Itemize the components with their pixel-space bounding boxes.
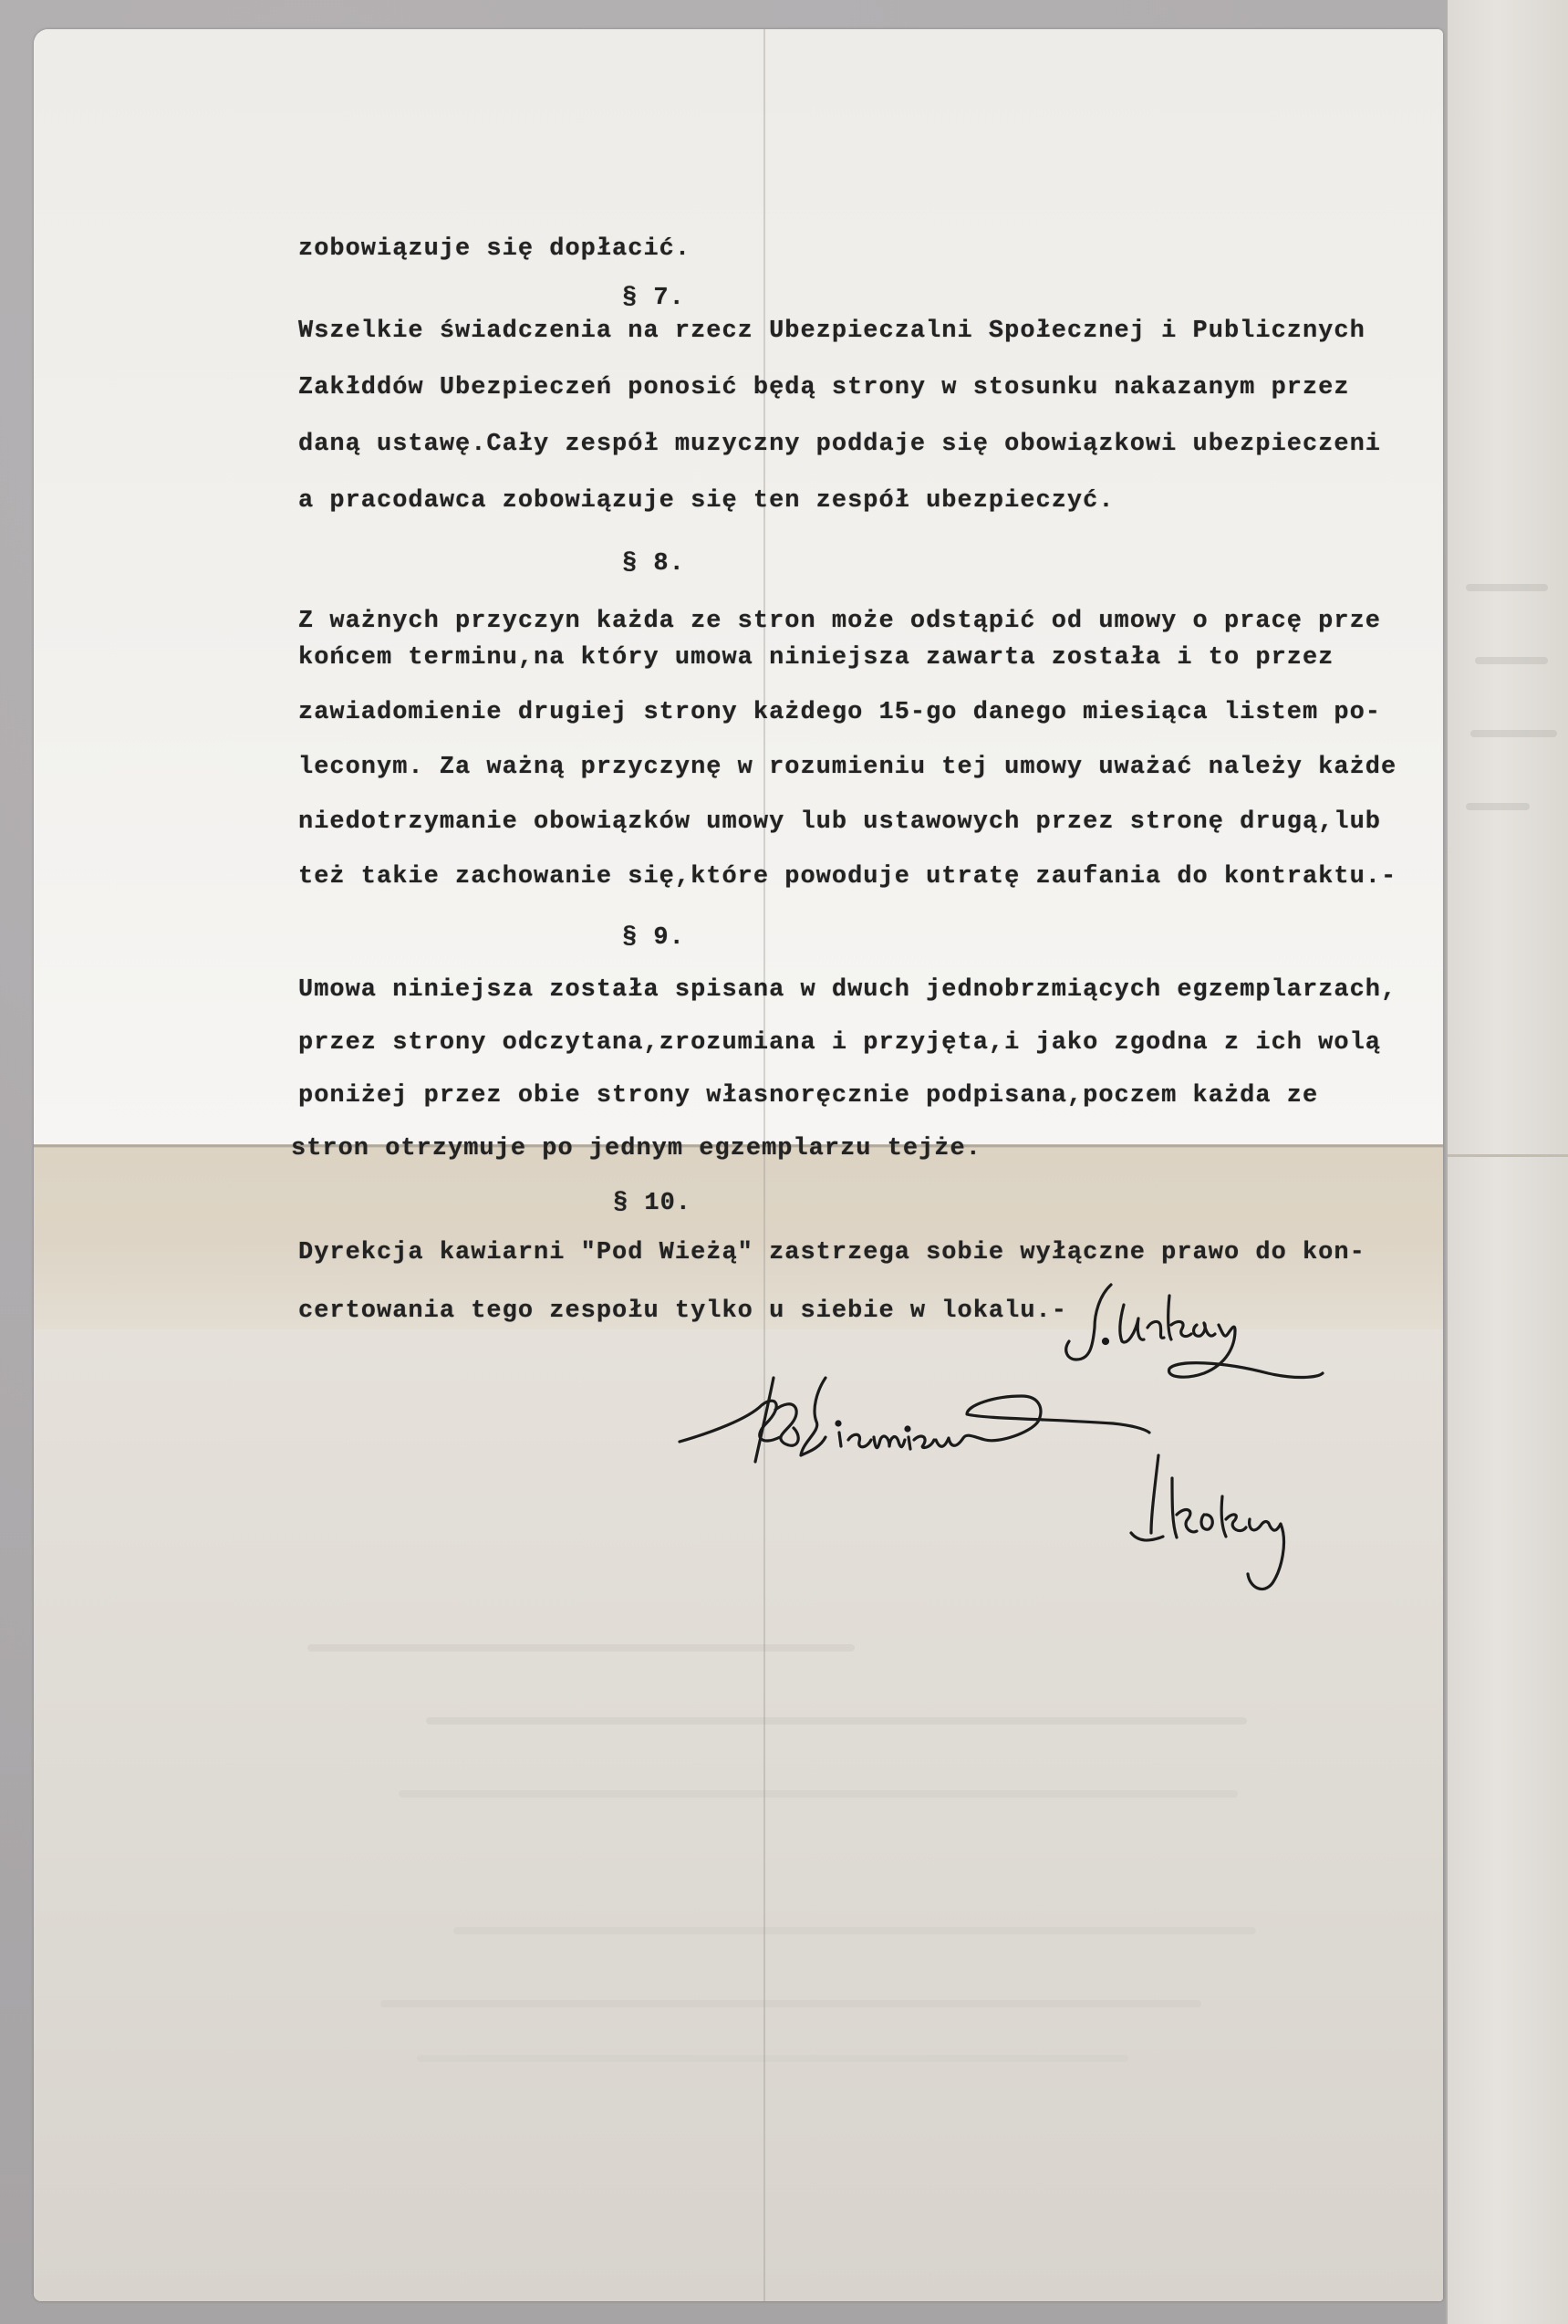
text-line: też takie zachowanie się,które powoduje … <box>298 863 1397 891</box>
bleed-through-mark <box>1470 730 1557 737</box>
page-lower-section <box>34 1329 1443 2301</box>
text-line: Dyrekcja kawiarni "Pod Wieżą" zastrzega … <box>298 1239 1366 1266</box>
text-line: końcem terminu,na który umowa niniejsza … <box>298 644 1334 672</box>
bleed-through-mark <box>399 1790 1238 1798</box>
bleed-through-mark <box>307 1644 855 1652</box>
bleed-through-mark <box>1466 803 1530 810</box>
text-line: stron otrzymuje po jednym egzemplarzu te… <box>291 1135 981 1162</box>
fold-crease <box>1448 1154 1568 1157</box>
opening-line: zobowiązuje się dopłacić. <box>298 235 691 263</box>
text-line: Umowa niniejsza została spisana w dwuch … <box>298 976 1397 1004</box>
vertical-fold <box>763 29 765 2301</box>
text-line: poniżej przez obie strony własnoręcznie … <box>298 1082 1318 1110</box>
bleed-through-mark <box>426 1717 1247 1725</box>
text-line: Z ważnych przyczyn każda ze stron może o… <box>298 608 1381 635</box>
text-line: zawiadomienie drugiej strony każdego 15-… <box>298 699 1381 726</box>
text-line: niedotrzymanie obowiązków umowy lub usta… <box>298 808 1381 836</box>
section-number: § 7. <box>622 285 685 312</box>
text-line: Zakłddów Ubezpieczeń ponosić będą strony… <box>298 374 1350 401</box>
bleed-through-mark <box>1475 657 1548 664</box>
bleed-through-mark <box>417 2055 1128 2062</box>
text-line: Wszelkie świadczenia na rzecz Ubezpiecza… <box>298 318 1366 345</box>
bleed-through-mark <box>380 2000 1201 2007</box>
section-number: § 10. <box>613 1190 691 1217</box>
section-number: § 9. <box>622 924 685 952</box>
text-line: leconym. Za ważną przyczynę w rozumieniu… <box>298 754 1397 781</box>
text-line: certowania tego zespołu tylko u siebie w… <box>298 1297 1067 1325</box>
text-line: przez strony odczytana,zrozumiana i przy… <box>298 1029 1381 1057</box>
text-line: daną ustawę.Cały zespół muzyczny poddaje… <box>298 431 1381 458</box>
bleed-through-mark <box>453 1927 1256 1934</box>
document-page <box>34 29 1443 2301</box>
section-number: § 8. <box>622 550 685 578</box>
text-line: a pracodawca zobowiązuje się ten zespół … <box>298 487 1115 515</box>
bleed-through-mark <box>1466 584 1548 591</box>
adjacent-page-edge <box>1446 0 1568 2324</box>
